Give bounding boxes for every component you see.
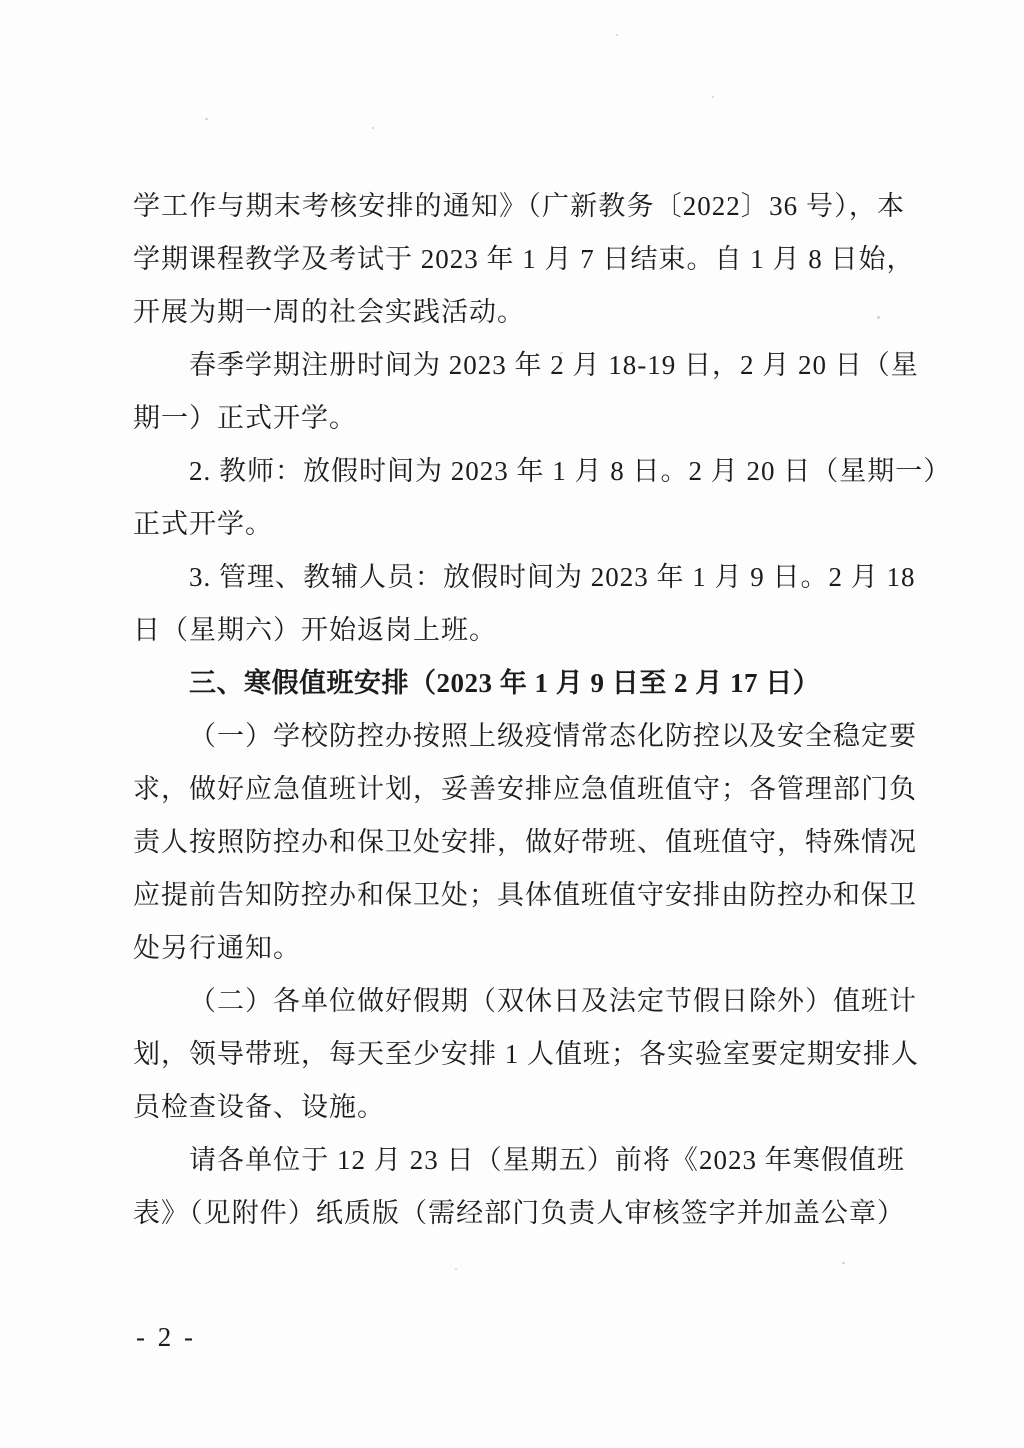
scan-speck: [205, 118, 208, 120]
text-line: （一）学校防控办按照上级疫情常态化防控以及安全稳定要: [133, 710, 905, 763]
text-line: 划，领导带班，每天至少安排 1 人值班；各实验室要定期安排人: [133, 1028, 905, 1081]
scan-speck: [372, 127, 374, 129]
text-line: 开展为期一周的社会实践活动。: [133, 286, 905, 339]
scan-speck: [712, 96, 714, 98]
text-line: 三、寒假值班安排（2023 年 1 月 9 日至 2 月 17 日）: [133, 657, 905, 710]
text-line: 正式开学。: [133, 498, 905, 551]
text-line: 学工作与期末考核安排的通知》（广新教务〔2022〕36 号），本: [133, 180, 905, 233]
text-line: 3. 管理、教辅人员：放假时间为 2023 年 1 月 9 日。2 月 18: [133, 551, 905, 604]
document-body: 学工作与期末考核安排的通知》（广新教务〔2022〕36 号），本学期课程教学及考…: [133, 180, 905, 1240]
page-number: - 2 -: [136, 1322, 196, 1353]
text-line: 应提前告知防控办和保卫处；具体值班值守安排由防控办和保卫: [133, 869, 905, 922]
scan-speck: [842, 1262, 845, 1264]
text-line: 学期课程教学及考试于 2023 年 1 月 7 日结束。自 1 月 8 日始，: [133, 233, 905, 286]
text-line: 员检查设备、设施。: [133, 1081, 905, 1134]
text-line: 处另行通知。: [133, 922, 905, 975]
text-line: 期一）正式开学。: [133, 392, 905, 445]
scan-speck: [560, 352, 563, 354]
text-line: （二）各单位做好假期（双休日及法定节假日除外）值班计: [133, 975, 905, 1028]
scan-speck: [455, 1268, 457, 1270]
text-line: 求，做好应急值班计划，妥善安排应急值班值守；各管理部门负: [133, 763, 905, 816]
text-line: 责人按照防控办和保卫处安排，做好带班、值班值守，特殊情况: [133, 816, 905, 869]
text-line: 请各单位于 12 月 23 日（星期五）前将《2023 年寒假值班: [133, 1134, 905, 1187]
scan-speck: [877, 316, 880, 319]
document-page: 学工作与期末考核安排的通知》（广新教务〔2022〕36 号），本学期课程教学及考…: [0, 0, 1024, 1448]
text-line: 表》（见附件）纸质版（需经部门负责人审核签字并加盖公章）: [133, 1187, 905, 1240]
text-line: 春季学期注册时间为 2023 年 2 月 18-19 日，2 月 20 日（星: [133, 339, 905, 392]
text-line: 2. 教师：放假时间为 2023 年 1 月 8 日。2 月 20 日（星期一）: [133, 445, 905, 498]
text-line: 日（星期六）开始返岗上班。: [133, 604, 905, 657]
scan-speck: [616, 34, 618, 36]
